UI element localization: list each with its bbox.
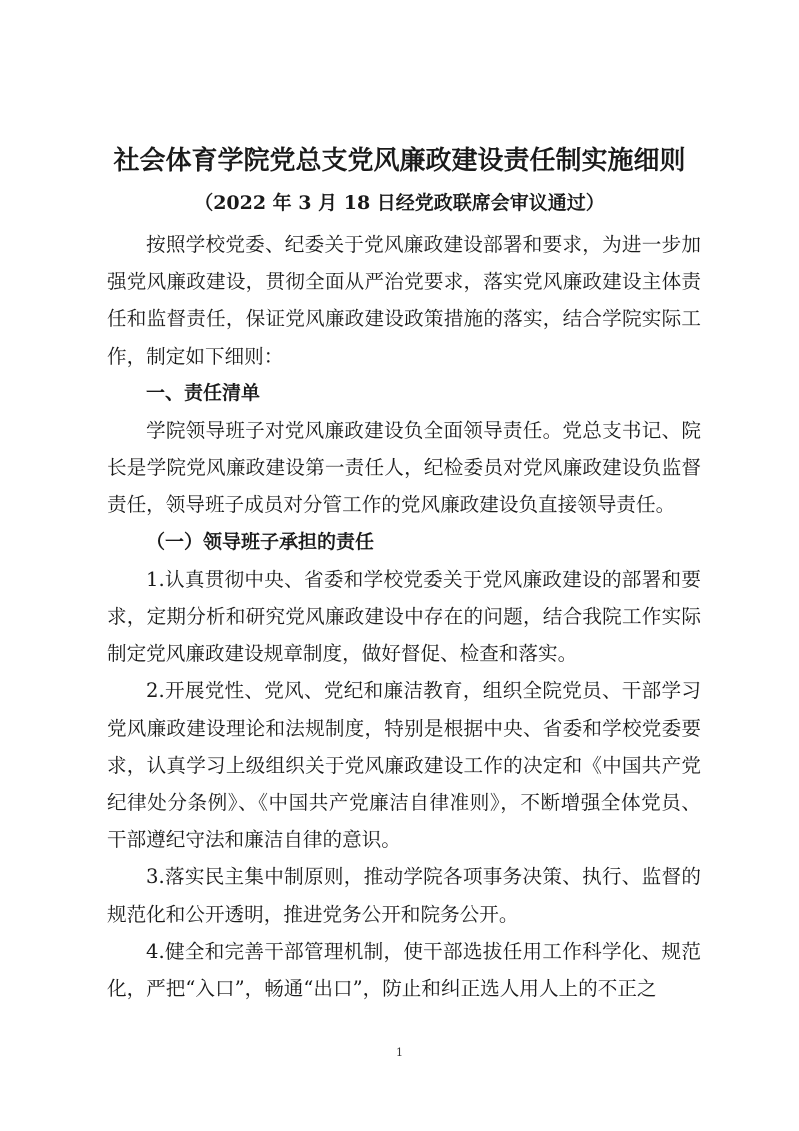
- subsection-heading: （一）领导班子承担的责任: [107, 524, 701, 561]
- list-item: 4.健全和完善干部管理机制，使干部选拔任用工作科学化、规范化，严把“入口”，畅通…: [107, 933, 701, 1007]
- list-item: 3.落实民主集中制原则，推动学院各项事务决策、执行、监督的规范化和公开透明，推进…: [107, 858, 701, 932]
- list-item: 1.认真贯彻中央、省委和学校党委关于党风廉政建设的部署和要求，定期分析和研究党风…: [107, 561, 701, 673]
- intro-paragraph: 按照学校党委、纪委关于党风廉政建设部署和要求，为进一步加强党风廉政建设，贯彻全面…: [107, 226, 701, 375]
- section-heading: 一、责任清单: [107, 375, 701, 412]
- page-number: 1: [0, 1046, 799, 1059]
- document-body: 按照学校党委、纪委关于党风廉政建设部署和要求，为进一步加强党风廉政建设，贯彻全面…: [107, 226, 701, 1007]
- document-page: 社会体育学院党总支党风廉政建设责任制实施细则 （2022 年 3 月 18 日经…: [0, 0, 799, 1131]
- section-paragraph: 学院领导班子对党风廉政建设负全面领导责任。党总支书记、院长是学院党风廉政建设第一…: [107, 412, 701, 524]
- document-subtitle: （2022 年 3 月 18 日经党政联席会审议通过）: [0, 188, 799, 218]
- list-item: 2.开展党性、党风、党纪和廉洁教育，组织全院党员、干部学习党风廉政建设理论和法规…: [107, 672, 701, 858]
- document-title: 社会体育学院党总支党风廉政建设责任制实施细则: [0, 143, 799, 179]
